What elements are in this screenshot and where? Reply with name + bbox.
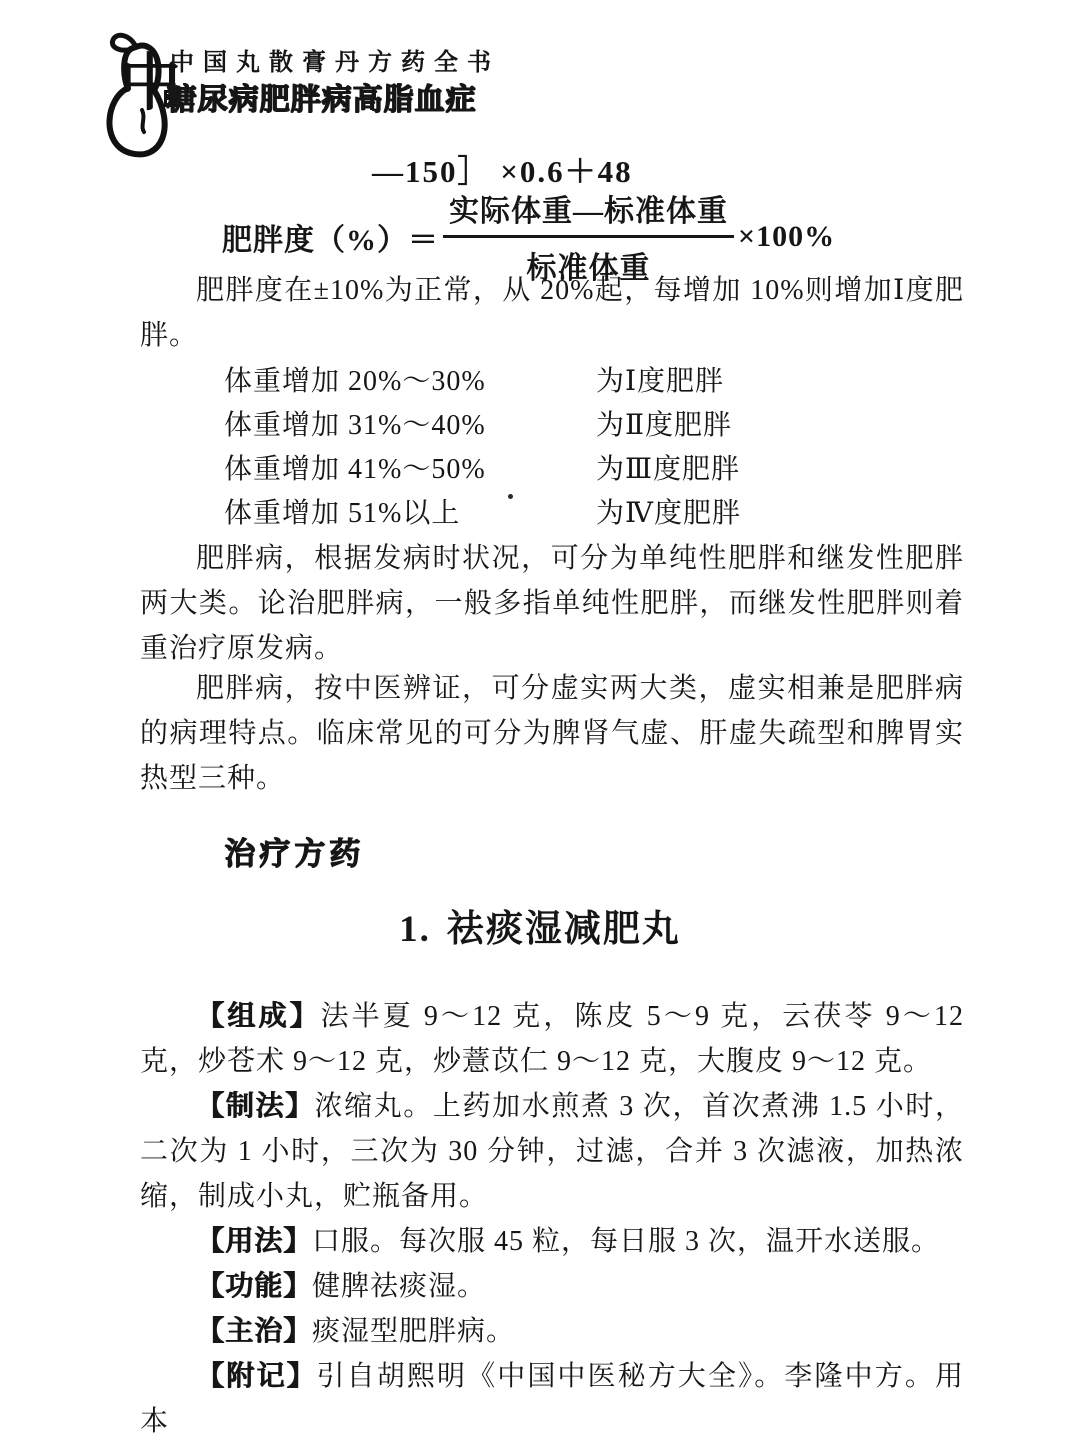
scan-artifact-dot xyxy=(508,494,513,499)
recipe-item-composition: 【组成】法半夏 9～12 克，陈皮 5～9 克，云茯苓 9～12 克，炒苍术 9… xyxy=(140,994,964,1084)
recipe-item-indication: 【主治】痰湿型肥胖病。 xyxy=(140,1309,964,1354)
recipe-text: 健脾祛痰湿。 xyxy=(312,1271,486,1302)
section-heading-treatment: 治疗方药 xyxy=(224,828,364,873)
recipe-number: 1. xyxy=(399,909,431,950)
recipe-item-usage: 【用法】口服。每次服 45 粒，每日服 3 次，温开水送服。 xyxy=(140,1219,964,1264)
weight-gain-range: 体重增加 31%～40% xyxy=(224,404,596,448)
table-row: 体重增加 41%～50% 为Ⅲ度肥胖 xyxy=(224,448,741,492)
recipe-name: 祛痰湿减肥丸 xyxy=(447,909,681,950)
table-row: 体重增加 20%～30% 为Ⅰ度肥胖 xyxy=(224,360,741,404)
book-title: 糖尿病肥胖病高脂血症 xyxy=(166,74,476,118)
scanned-book-page: 中 中国丸散膏丹方药全书 糖尿病肥胖病高脂血症 —150］ ×0.6＋48 肥胖… xyxy=(0,0,1080,1441)
recipe-item-preparation: 【制法】浓缩丸。上药加水煎煮 3 次，首次煮沸 1.5 小时，二次为 1 小时，… xyxy=(140,1084,964,1219)
fraction-numerator: 实际体重—标准体重 xyxy=(443,186,734,238)
degree-grade-table: 体重增加 20%～30% 为Ⅰ度肥胖 体重增加 31%～40% 为Ⅱ度肥胖 体重… xyxy=(224,360,741,536)
obesity-grade: 为Ⅳ度肥胖 xyxy=(596,492,741,536)
obesity-grade: 为Ⅱ度肥胖 xyxy=(596,404,732,448)
recipe-text: 口服。每次服 45 粒，每日服 3 次，温开水送服。 xyxy=(312,1226,940,1257)
recipe-body: 【组成】法半夏 9～12 克，陈皮 5～9 克，云茯苓 9～12 克，炒苍术 9… xyxy=(140,994,964,1441)
paragraph-tcm-patterns: 肥胖病，按中医辨证，可分虚实两大类，虚实相兼是肥胖病的病理特点。临床常见的可分为… xyxy=(140,666,964,801)
recipe-label: 【主治】 xyxy=(196,1316,312,1347)
formula-lhs: 肥胖度（%）＝ xyxy=(222,215,439,259)
table-row: 体重增加 31%～40% 为Ⅱ度肥胖 xyxy=(224,404,741,448)
series-title: 中国丸散膏丹方药全书 xyxy=(170,42,500,77)
obesity-grade: 为Ⅰ度肥胖 xyxy=(596,360,724,404)
recipe-item-function: 【功能】健脾祛痰湿。 xyxy=(140,1264,964,1309)
formula-continuation: —150］ ×0.6＋48 xyxy=(372,146,633,191)
recipe-item-note: 【附记】引自胡熙明《中国中医秘方大全》。李隆中方。用本 xyxy=(140,1354,964,1441)
recipe-label: 【附记】 xyxy=(196,1361,316,1392)
weight-gain-range: 体重增加 20%～30% xyxy=(224,360,596,404)
recipe-label: 【制法】 xyxy=(196,1091,314,1122)
paragraph-obesity-degree-intro: 肥胖度在±10%为正常，从 20%起，每增加 10%则增加Ⅰ度肥胖。 xyxy=(140,268,964,358)
obesity-grade: 为Ⅲ度肥胖 xyxy=(596,448,740,492)
table-row: 体重增加 51%以上 为Ⅳ度肥胖 xyxy=(224,492,741,536)
formula-suffix: ×100% xyxy=(738,220,835,254)
recipe-label: 【组成】 xyxy=(196,1001,320,1032)
weight-gain-range: 体重增加 51%以上 xyxy=(224,492,596,536)
recipe-label: 【功能】 xyxy=(196,1271,312,1302)
recipe-title: 1.祛痰湿减肥丸 xyxy=(0,898,1080,952)
weight-gain-range: 体重增加 41%～50% xyxy=(224,448,596,492)
recipe-label: 【用法】 xyxy=(196,1226,312,1257)
paragraph-obesity-classification: 肥胖病，根据发病时状况，可分为单纯性肥胖和继发性肥胖两大类。论治肥胖病，一般多指… xyxy=(140,536,964,671)
recipe-text: 痰湿型肥胖病。 xyxy=(312,1316,515,1347)
